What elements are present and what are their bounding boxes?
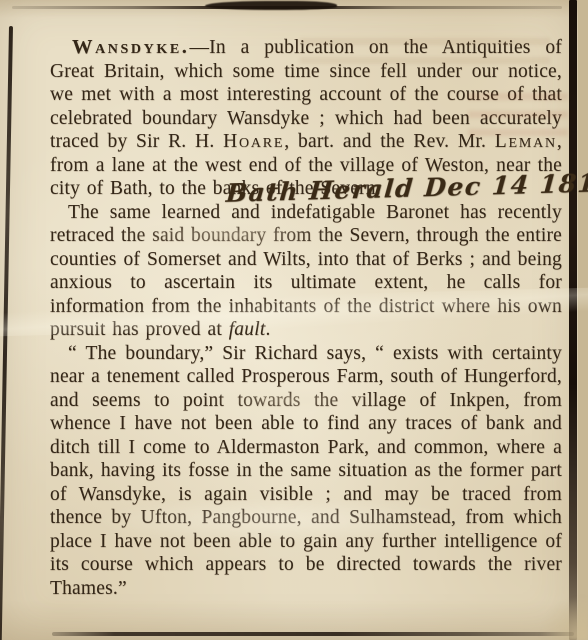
text-segment: . <box>265 319 270 340</box>
article-body: Wansdyke.—In a publication on the Antiqu… <box>50 36 562 600</box>
text-segment: The same learned and indefatigable Baron… <box>50 202 562 341</box>
text-segment-smallcaps: Leman <box>495 131 557 152</box>
paragraph-retracing: The same learned and indefatigable Baron… <box>50 201 562 342</box>
text-segment-italic: fault <box>229 319 266 340</box>
text-segment: , bart. and the Rev. Mr. <box>284 131 495 152</box>
text-segment-smallcaps: Hoare <box>223 131 284 152</box>
scanned-newspaper-page: Wansdyke.—In a publication on the Antiqu… <box>0 0 588 640</box>
text-segment: “ The boundary,” Sir Richard says, “ exi… <box>50 343 562 599</box>
paragraph-quotation: “ The boundary,” Sir Richard says, “ exi… <box>50 342 562 601</box>
text-segment-lead: Wansdyke. <box>72 36 189 58</box>
